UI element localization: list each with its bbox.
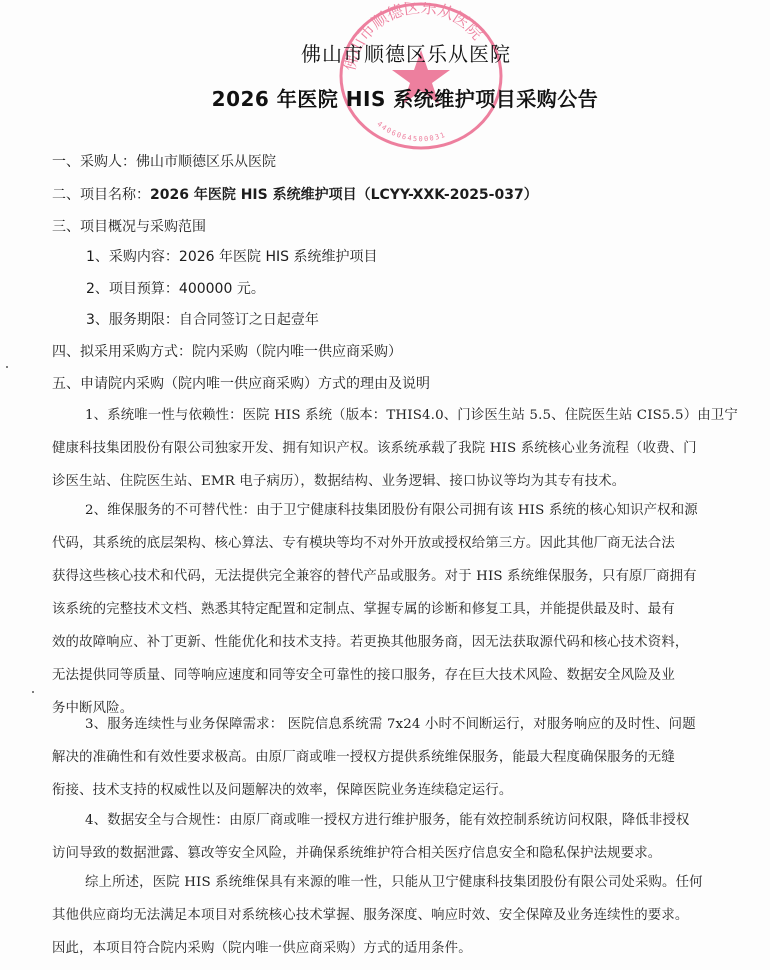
document-title-announcement: 2026 年医院 HIS 系统维护项目采购公告 <box>0 83 770 112</box>
overview-item-label: 3、服务期限： <box>86 312 179 328</box>
paragraph-line: 1、系统唯一性与依赖性：医院 HIS 系统（版本：THIS4.0、门诊医生站 5… <box>52 399 737 432</box>
overview-item-value: 2026 年医院 HIS 系统维护项目 <box>179 249 378 265</box>
scan-artifact-dot <box>497 196 499 198</box>
paragraph-line: 该系统的完整技术文档、熟悉其特定配置和定制点、掌握专属的诊断和修复工具，并能提供… <box>52 593 737 626</box>
paragraph-line: 4、数据安全与合规性：由原厂商或唯一授权方进行维护服务，能有效控制系统访问权限，… <box>52 804 737 837</box>
document-title-organization: 佛山市顺德区乐从医院 <box>0 38 770 67</box>
section-procurement-method-label: 四、拟采用采购方式： <box>52 344 192 360</box>
reason-paragraph-irreplaceability: 2、维保服务的不可替代性：由于卫宁健康科技集团股份有限公司拥有该 HIS 系统的… <box>52 494 737 725</box>
reason-paragraph-uniqueness: 1、系统唯一性与依赖性：医院 HIS 系统（版本：THIS4.0、门诊医生站 5… <box>52 399 737 498</box>
scan-artifact-dot <box>6 366 8 368</box>
section-project-name-label: 二、项目名称： <box>52 187 150 203</box>
paragraph-line: 无法提供同等质量、同等响应速度和同等安全可靠性的接口服务，存在巨大技术风险、数据… <box>52 659 737 692</box>
overview-item-content: 1、采购内容：2026 年医院 HIS 系统维护项目 <box>86 248 377 266</box>
seal-code: 4406064500031 <box>375 120 447 143</box>
paragraph-line: 衔接、技术支持的权威性以及问题解决的效率，保障医院业务连续稳定运行。 <box>52 774 737 807</box>
section-project-name-value: 2026 年医院 HIS 系统维护项目（LCYY-XXK-2025-037） <box>150 187 538 203</box>
conclusion-paragraph: 综上所述，医院 HIS 系统维保具有来源的唯一性，只能从卫宁健康科技集团股份有限… <box>52 866 737 965</box>
official-seal-stamp: 佛山市顺德区乐从医院 4406064500031 <box>332 2 510 152</box>
reason-paragraph-security: 4、数据安全与合规性：由原厂商或唯一授权方进行维护服务，能有效控制系统访问权限，… <box>52 804 737 870</box>
paragraph-line: 其他供应商均无法满足本项目对系统核心技术掌握、服务深度、响应时效、安全保障及业务… <box>52 899 737 932</box>
paragraph-line: 解决的准确性和有效性要求极高。由原厂商或唯一授权方提供系统维保服务，能最大程度确… <box>52 741 737 774</box>
paragraph-line: 因此，本项目符合院内采购（院内唯一供应商采购）方式的适用条件。 <box>52 932 737 965</box>
section-purchaser: 一、采购人：佛山市顺德区乐从医院 <box>52 153 276 171</box>
scan-artifact-dot <box>32 691 34 693</box>
overview-item-label: 1、采购内容： <box>86 249 179 265</box>
overview-item-label: 2、项目预算： <box>86 281 179 297</box>
paragraph-line: 3、服务连续性与业务保障需求： 医院信息系统需 7x24 小时不间断运行，对服务… <box>52 708 737 741</box>
section-reasons-heading: 五、申请院内采购（院内唯一供应商采购）方式的理由及说明 <box>52 375 430 393</box>
section-project-name: 二、项目名称：2026 年医院 HIS 系统维护项目（LCYY-XXK-2025… <box>52 186 538 204</box>
reason-paragraph-continuity: 3、服务连续性与业务保障需求： 医院信息系统需 7x24 小时不间断运行，对服务… <box>52 708 737 807</box>
paragraph-line: 健康科技集团股份有限公司独家开发、拥有知识产权。该系统承载了我院 HIS 系统核… <box>52 432 737 465</box>
section-overview-heading: 三、项目概况与采购范围 <box>52 218 206 236</box>
document-page: 佛山市顺德区乐从医院 4406064500031 佛山市顺德区乐从医院 2026… <box>0 0 770 970</box>
section-purchaser-value: 佛山市顺德区乐从医院 <box>136 154 276 170</box>
overview-item-budget: 2、项目预算：400000 元。 <box>86 280 265 298</box>
paragraph-line: 综上所述，医院 HIS 系统维保具有来源的唯一性，只能从卫宁健康科技集团股份有限… <box>52 866 737 899</box>
section-procurement-method-value: 院内采购（院内唯一供应商采购） <box>192 344 402 360</box>
overview-item-value: 自合同签订之日起壹年 <box>179 312 319 328</box>
section-purchaser-label: 一、采购人： <box>52 154 136 170</box>
paragraph-line: 获得这些核心技术和代码，无法提供完全兼容的替代产品或服务。对于 HIS 系统维保… <box>52 560 737 593</box>
svg-text:4406064500031: 4406064500031 <box>375 120 447 143</box>
paragraph-line: 2、维保服务的不可替代性：由于卫宁健康科技集团股份有限公司拥有该 HIS 系统的… <box>52 494 737 527</box>
overview-item-service-period: 3、服务期限：自合同签订之日起壹年 <box>86 311 319 329</box>
overview-item-value: 400000 元。 <box>179 281 265 297</box>
section-procurement-method: 四、拟采用采购方式：院内采购（院内唯一供应商采购） <box>52 343 402 361</box>
paragraph-line: 代码，其系统的底层架构、核心算法、专有模块等均不对外开放或授权给第三方。因此其他… <box>52 527 737 560</box>
paragraph-line: 效的故障响应、补丁更新、性能优化和技术支持。若更换其他服务商，因无法获取源代码和… <box>52 626 737 659</box>
